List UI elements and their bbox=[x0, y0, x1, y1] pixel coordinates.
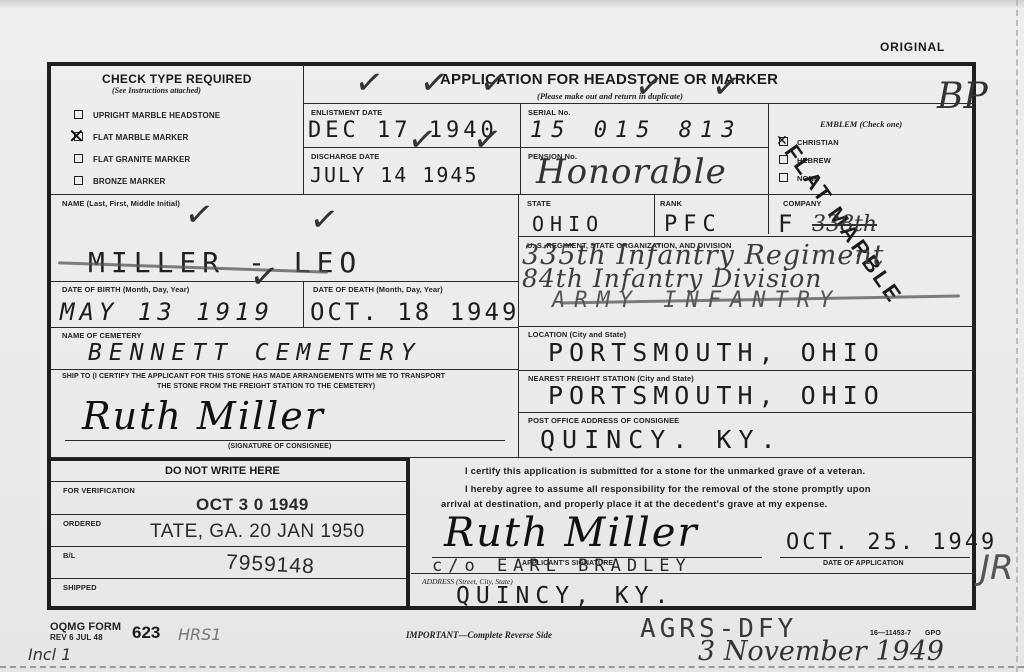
rank-value[interactable]: PFC bbox=[664, 212, 722, 237]
field-label: SERIAL No. bbox=[528, 108, 571, 117]
field-label: COMPANY bbox=[783, 199, 821, 208]
divider bbox=[654, 194, 655, 236]
divider bbox=[51, 281, 518, 282]
cemetery-value[interactable]: BENNETT CEMETERY bbox=[88, 340, 422, 366]
divider bbox=[519, 412, 975, 413]
applicant-address-value[interactable]: QUINCY, KY. bbox=[456, 583, 674, 609]
option-label: FLAT GRANITE MARKER bbox=[93, 155, 190, 164]
date-of-birth-value[interactable]: MAY 13 1919 bbox=[60, 298, 274, 326]
check-type-heading: CHECK TYPE REQUIRED bbox=[102, 72, 252, 86]
checkbox-flat-granite[interactable] bbox=[74, 154, 83, 163]
field-label: DISCHARGE DATE bbox=[311, 152, 379, 161]
field-label: ENLISTMENT DATE bbox=[311, 108, 382, 117]
state-value[interactable]: OHIO bbox=[532, 212, 604, 236]
check-mark-icon: ✓ bbox=[308, 203, 340, 237]
option-label: FLAT MARBLE MARKER bbox=[93, 133, 188, 142]
divider bbox=[51, 327, 518, 328]
signature-label: (SIGNATURE OF CONSIGNEE) bbox=[228, 443, 331, 450]
form-number: 623 bbox=[132, 623, 160, 643]
serial-number-value[interactable]: 15 015 813 bbox=[530, 118, 742, 143]
name-value[interactable]: MILLER - LEO bbox=[88, 246, 362, 279]
pencil-note: Incl 1 bbox=[28, 645, 71, 664]
certification-line-3: arrival at destination, and properly pla… bbox=[441, 499, 828, 510]
divider bbox=[520, 104, 521, 194]
check-mark-icon: ✓ bbox=[406, 123, 438, 157]
enlistment-date-value[interactable]: DEC 17 1940 bbox=[308, 118, 498, 143]
emblem-heading: EMBLEM (Check one) bbox=[820, 119, 902, 129]
freight-station-value[interactable]: PORTSMOUTH, OHIO bbox=[548, 381, 885, 410]
divider bbox=[51, 578, 407, 579]
certification-line-2: I hereby agree to assume all responsibil… bbox=[465, 484, 871, 495]
check-mark-icon: ✓ bbox=[353, 66, 385, 100]
important-note: IMPORTANT—Complete Reverse Side bbox=[406, 630, 552, 640]
divider bbox=[303, 64, 304, 194]
field-label: NAME OF CEMETERY bbox=[62, 331, 142, 340]
verification-stamp: OCT 3 0 1949 bbox=[196, 495, 309, 515]
document-page: ORIGINAL CHECK TYPE REQUIRED (See I bbox=[0, 0, 1024, 672]
check-mark-icon: ✓ bbox=[471, 123, 503, 157]
office-use-heading: DO NOT WRITE HERE bbox=[165, 465, 280, 477]
ship-to-label-cont: THE STONE FROM THE FREIGHT STATION TO TH… bbox=[157, 383, 375, 390]
initials-annotation: BP bbox=[937, 76, 988, 117]
option-label: UPRIGHT MARBLE HEADSTONE bbox=[93, 111, 220, 120]
field-label: STATE bbox=[527, 199, 551, 208]
copy-label: ORIGINAL bbox=[880, 40, 945, 54]
bill-of-lading-number: 7959148 bbox=[225, 551, 315, 580]
company-struck-value: 338th bbox=[812, 212, 877, 237]
check-mark-icon: ✓ bbox=[418, 66, 450, 100]
x-mark-icon: ✕ bbox=[776, 131, 788, 151]
date-of-application-label: DATE OF APPLICATION bbox=[823, 560, 904, 567]
company-value[interactable]: F bbox=[778, 210, 796, 238]
form-id-line-1: OQMG FORM bbox=[50, 622, 121, 632]
field-label: DATE OF DEATH (Month, Day, Year) bbox=[313, 285, 443, 294]
option-label: BRONZE MARKER bbox=[93, 177, 165, 186]
form-id-line-2: REV 6 JUL 48 bbox=[50, 633, 103, 642]
field-label: DATE OF BIRTH (Month, Day, Year) bbox=[62, 285, 189, 294]
date-of-application-value[interactable]: OCT. 25. 1949 bbox=[786, 530, 997, 555]
divider bbox=[519, 370, 975, 371]
ship-to-label: SHIP TO (I CERTIFY THE APPLICANT FOR THI… bbox=[62, 373, 445, 380]
divider bbox=[768, 104, 769, 234]
field-label: POST OFFICE ADDRESS OF CONSIGNEE bbox=[528, 416, 679, 425]
pencil-code: HRS1 bbox=[178, 625, 221, 644]
handwritten-date: 3 November 1949 bbox=[698, 636, 944, 667]
x-mark-icon: ✕ bbox=[68, 126, 85, 146]
ordered-stamp: TATE, GA. 20 JAN 1950 bbox=[150, 521, 365, 543]
check-mark-icon: ✓ bbox=[248, 260, 280, 294]
office-row-label: SHIPPED bbox=[63, 583, 97, 592]
discharge-date-value[interactable]: JULY 14 1945 bbox=[310, 163, 479, 187]
divider bbox=[51, 369, 518, 370]
check-type-subheading: (See Instructions attached) bbox=[112, 86, 201, 95]
location-value[interactable]: PORTSMOUTH, OHIO bbox=[548, 338, 885, 367]
checkbox-upright-marble[interactable] bbox=[74, 110, 83, 119]
office-row-label: ORDERED bbox=[63, 519, 101, 528]
field-label: RANK bbox=[660, 199, 682, 208]
certification-line-1: I certify this application is submitted … bbox=[465, 466, 865, 477]
date-of-death-value[interactable]: OCT. 18 1949 bbox=[310, 298, 519, 326]
divider bbox=[519, 326, 975, 327]
date-line bbox=[780, 557, 970, 558]
divider bbox=[519, 236, 975, 237]
checkbox-bronze[interactable] bbox=[74, 176, 83, 185]
signature-line bbox=[65, 440, 505, 441]
applicant-signature[interactable]: Ruth Miller bbox=[444, 510, 699, 556]
margin-initials: JR bbox=[980, 548, 1014, 588]
consignee-signature[interactable]: Ruth Miller bbox=[82, 394, 325, 438]
divider bbox=[51, 194, 768, 195]
check-mark-icon: ✓ bbox=[633, 70, 665, 104]
pension-value[interactable]: Honorable bbox=[536, 152, 727, 192]
field-label: NAME (Last, First, Middle Initial) bbox=[62, 199, 180, 208]
divider bbox=[51, 546, 407, 547]
divider bbox=[51, 481, 407, 482]
office-row-label: B/L bbox=[63, 551, 75, 560]
divider bbox=[769, 194, 975, 195]
paper-top-edge bbox=[0, 0, 1024, 8]
divider bbox=[303, 281, 304, 328]
checkbox-none[interactable] bbox=[779, 173, 788, 182]
consignee-address-value[interactable]: QUINCY. KY. bbox=[540, 425, 783, 454]
divider bbox=[304, 147, 768, 148]
perforated-edge bbox=[1016, 0, 1024, 672]
care-of-value[interactable]: c/o EARL BRADLEY bbox=[432, 556, 692, 576]
check-mark-icon: ✓ bbox=[710, 70, 742, 104]
office-row-label: FOR VERIFICATION bbox=[63, 486, 135, 495]
check-mark-icon: ✓ bbox=[183, 198, 215, 232]
check-mark-icon: ✓ bbox=[478, 66, 510, 100]
